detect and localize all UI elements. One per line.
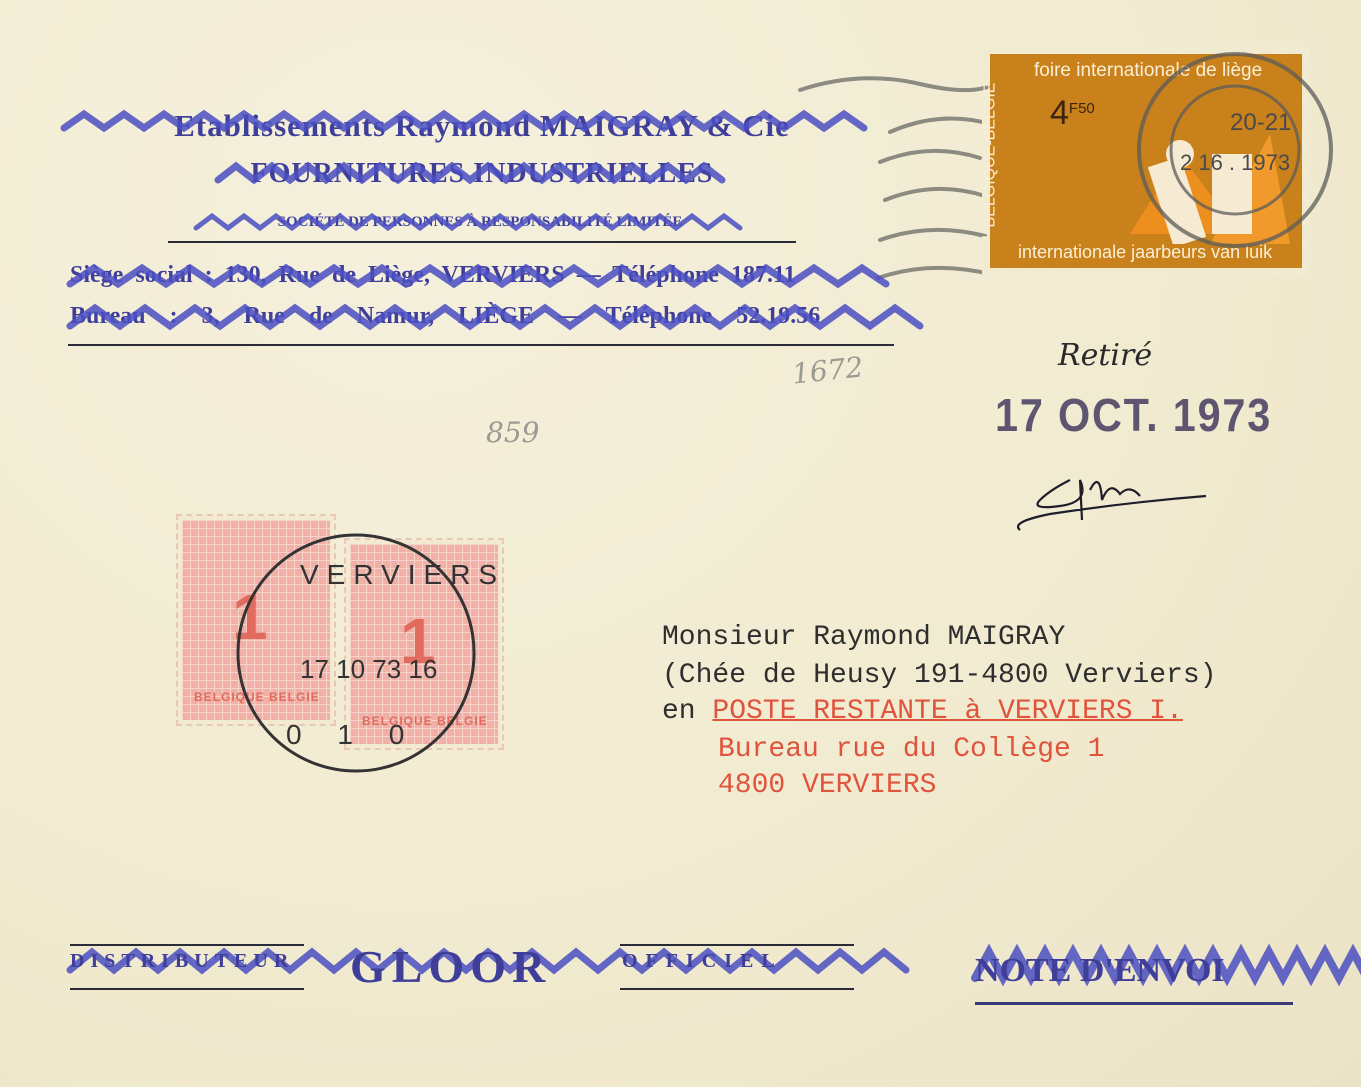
signature bbox=[1010, 460, 1220, 540]
received-date-stamp: 17 OCT. 1973 bbox=[995, 388, 1272, 442]
address-poste-restante: en POSTE RESTANTE à VERVIERS I. bbox=[662, 696, 1183, 727]
stamp-value-number: 4 bbox=[1050, 94, 1069, 132]
footer-rule bbox=[70, 944, 304, 946]
letterhead-branch-office: Bureau : 3, Rue de Namur, LIÈGE — Téléph… bbox=[70, 303, 910, 330]
address-prefix: en bbox=[662, 696, 712, 727]
address-recipient: Monsieur Raymond MAIGRAY bbox=[662, 622, 1065, 653]
stamp-lion-country: BELGIQUE BELGIE bbox=[194, 690, 320, 704]
handwritten-retire: Retiré bbox=[1058, 338, 1152, 373]
footer-notice-rule bbox=[975, 1002, 1293, 1005]
letterhead-divider bbox=[168, 241, 796, 243]
stamp-liege-fair: foire internationale de liège 4F50 BELGI… bbox=[990, 54, 1302, 268]
footer-brand: GLOOR bbox=[350, 940, 551, 993]
footer-rule bbox=[620, 944, 854, 946]
stamp-side-text: BELGIQUE-BELGIE bbox=[981, 83, 999, 228]
stamp-top-text: foire internationale de liège bbox=[1034, 60, 1262, 82]
stamp-lion-1: 1 BELGIQUE BELGIE bbox=[178, 516, 334, 724]
pencil-note-1672: 1672 bbox=[790, 350, 864, 390]
stamp-lion-2: 1 BELGIQUE BELGIE bbox=[346, 540, 502, 748]
envelope: Etablissements Raymond MAIGRAY & Cie FOU… bbox=[0, 0, 1361, 1087]
stamp-lion-value: 1 bbox=[400, 604, 436, 678]
stamp-design-icon bbox=[1120, 114, 1290, 244]
address-street: (Chée de Heusy 191-4800 Verviers) bbox=[662, 660, 1217, 691]
stamp-lion-country: BELGIQUE BELGIE bbox=[362, 714, 488, 728]
letterhead-company: Etablissements Raymond MAIGRAY & Cie bbox=[62, 108, 902, 144]
stamp-value: 4F50 bbox=[1050, 94, 1095, 133]
letterhead-bottom-rule bbox=[68, 344, 894, 346]
stamp-lion-value: 1 bbox=[232, 580, 268, 654]
letterhead-head-office: Siège social : 130, Rue de Liège, VERVIE… bbox=[70, 262, 910, 289]
footer-official: OFFICIEL bbox=[622, 950, 783, 973]
footer-rule bbox=[620, 988, 854, 990]
stamp-bottom-text: internationale jaarbeurs van luik bbox=[1018, 242, 1272, 263]
stamp-value-suffix: F50 bbox=[1069, 100, 1095, 117]
address-poste-restante-label: POSTE RESTANTE à VERVIERS I. bbox=[712, 696, 1182, 727]
pencil-note-859: 859 bbox=[486, 416, 539, 449]
footer-rule bbox=[70, 988, 304, 990]
footer-distributor: DISTRIBUTEUR bbox=[70, 950, 294, 973]
address-bureau: Bureau rue du Collège 1 bbox=[718, 734, 1104, 765]
letterhead-activity: FOURNITURES INDUSTRIELLES bbox=[62, 158, 902, 190]
footer-notice: NOTE D'ENVOI bbox=[975, 952, 1225, 990]
letterhead-legal-form: SOCIÉTÉ DE PERSONNES À RESPONSABILITÉ LI… bbox=[170, 214, 790, 231]
address-city: 4800 VERVIERS bbox=[718, 770, 936, 801]
